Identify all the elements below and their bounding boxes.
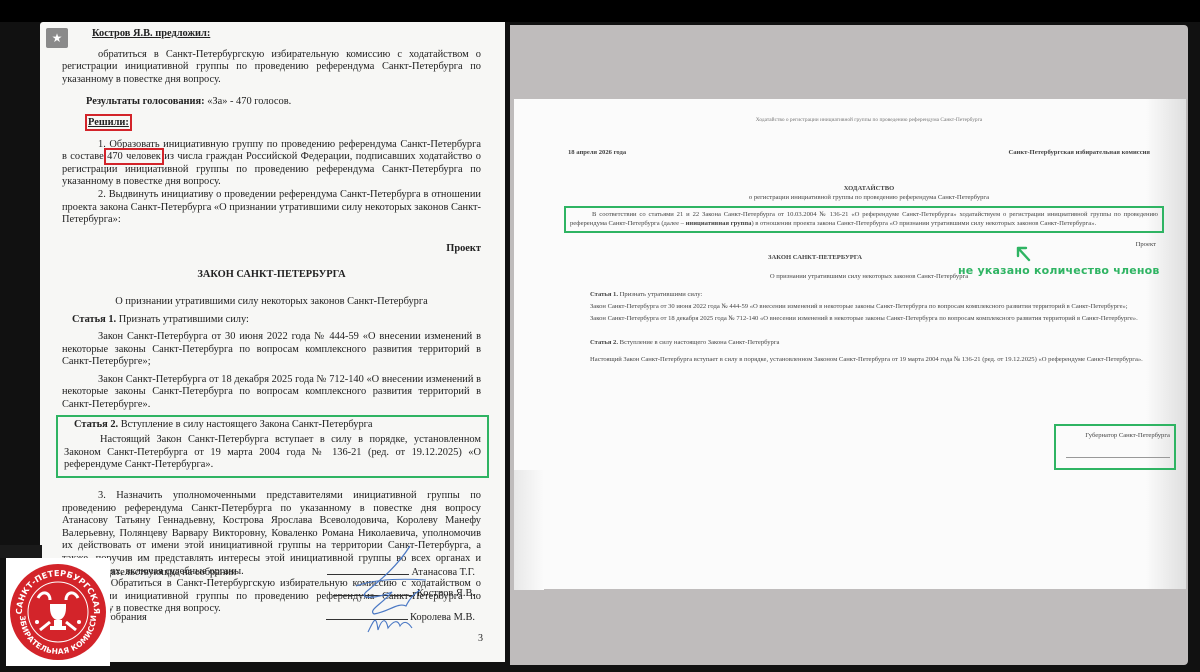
article-1-law-1: Закон Санкт-Петербурга от 30 июня 2022 г… <box>62 331 481 369</box>
article-2-highlight: Статья 2. Вступление в силу настоящего З… <box>56 415 489 478</box>
petition-header-note: Ходатайство о регистрации инициативной г… <box>568 116 1170 124</box>
petition-subtitle: о регистрации инициативной группы по про… <box>568 194 1170 202</box>
article-2-heading: Статья 2. Вступление в силу настоящего З… <box>74 419 481 432</box>
proposal-text: обратиться в Санкт-Петербургскую избират… <box>62 49 481 87</box>
petition-article-1-heading: Статья 1. Признать утратившими силу: <box>590 291 1170 299</box>
secretary-label: собрания <box>106 612 147 625</box>
proposer-heading: Костров Я.В. предложил: <box>92 28 481 41</box>
governor-label: Губернатор Санкт-Петербурга <box>1085 432 1170 439</box>
top-black-bar <box>0 0 1200 22</box>
election-commission-logo: САНКТ-ПЕТЕРБУРГСКАЯ ИЗБИРАТЕЛЬНАЯ КОМИСС… <box>6 558 110 666</box>
petition-text-highlight: В соответствии со статьями 21 и 22 Закон… <box>564 206 1164 233</box>
commission-emblem-icon: САНКТ-ПЕТЕРБУРГСКАЯ ИЗБИРАТЕЛЬНАЯ КОМИСС… <box>8 560 108 664</box>
governor-signature-line <box>1066 457 1170 458</box>
petition-article-2-text: Настоящий Закон Санкт-Петербурга вступае… <box>568 356 1170 364</box>
decision-item-1: 1. Образовать инициативную группу по про… <box>62 139 481 189</box>
petition-article-1-law-1: Закон Санкт-Петербурга от 30 июня 2022 г… <box>568 303 1170 311</box>
petition-addressee: Санкт-Петербургская избирательная комисс… <box>1008 149 1150 157</box>
article-1-heading: Статья 1. Признать утратившими силу: <box>72 314 481 327</box>
petition-title: ХОДАТАЙСТВО <box>568 185 1170 193</box>
petition-project-label: Проект <box>568 241 1156 249</box>
page-curl-shadow <box>514 470 544 590</box>
annotation-missing-members: не указано количество членов <box>958 264 1160 277</box>
governor-signature-highlight: Губернатор Санкт-Петербурга <box>1054 424 1176 470</box>
annotation-arrow-icon <box>1014 244 1032 262</box>
petition-article-1-law-2: Закон Санкт-Петербурга от 18 декабря 202… <box>568 315 1170 323</box>
member-count-highlight: 470 человек <box>107 151 161 162</box>
page-number: 3 <box>478 633 483 646</box>
law-subtitle: О признании утратившими силу некоторых з… <box>62 296 481 309</box>
decision-item-2: 2. Выдвинуть инициативу о проведении реф… <box>62 189 481 227</box>
presiding-label: дательствующие на собрании <box>106 567 237 580</box>
petition-page: Ходатайство о регистрации инициативной г… <box>514 99 1186 589</box>
handwritten-signatures-icon <box>348 540 438 640</box>
petition-date: 18 апреля 2026 года <box>568 149 626 157</box>
petition-article-2-heading: Статья 2. Вступление в силу настоящего З… <box>590 339 1170 347</box>
vote-results: Результаты голосования: «За» - 470 голос… <box>86 96 481 109</box>
decided-heading: Решили: <box>88 117 481 130</box>
law-title: ЗАКОН САНКТ-ПЕТЕРБУРГА <box>62 269 481 282</box>
petition-law-title: ЗАКОН САНКТ-ПЕТЕРБУРГА <box>768 254 1170 262</box>
article-1-law-2: Закон Санкт-Петербурга от 18 декабря 202… <box>62 374 481 412</box>
petition-text: В соответствии со статьями 21 и 22 Закон… <box>570 211 1158 228</box>
article-2-text: Настоящий Закон Санкт-Петербурга вступае… <box>64 434 481 472</box>
project-label: Проект <box>62 243 481 256</box>
